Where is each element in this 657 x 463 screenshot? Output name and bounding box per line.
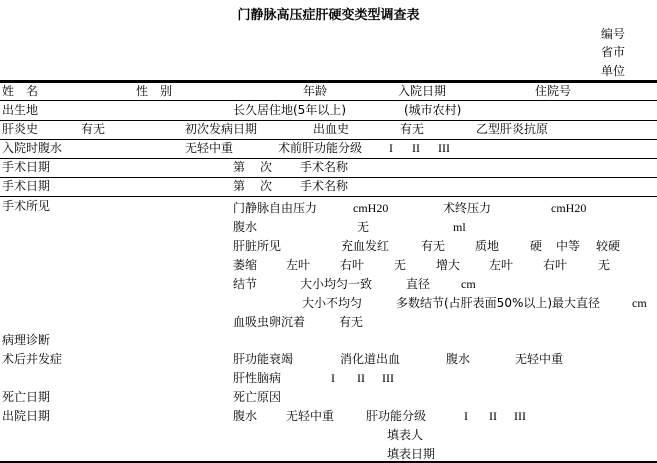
row-divider [0, 120, 657, 121]
discharge-liver-grade: 肝功能分级 [366, 409, 426, 423]
serial-label: 编号 [601, 27, 625, 41]
surgery-times: 次 [260, 179, 272, 193]
surgery-date-label: 手术日期 [2, 160, 50, 174]
bleeding-yn: 有无 [400, 122, 424, 136]
texture-medium: 中等 [556, 239, 580, 253]
ascites-none: 无 [357, 220, 369, 234]
encephalopathy-label: 肝性脑病 [233, 371, 281, 385]
grade-1: I [331, 371, 335, 385]
comp-ascites-label: 腹水 [446, 352, 470, 366]
atrophy-left: 左叶 [286, 258, 310, 272]
grade-1: I [389, 141, 393, 155]
nonuniform-label: 大小不均匀 [302, 296, 362, 310]
grade-1: I [464, 409, 468, 423]
ascites-severity: 无轻中重 [185, 141, 233, 155]
unit-label: 单位 [601, 64, 625, 78]
complications-label: 术后并发症 [2, 352, 62, 366]
preop-liver-label: 术前肝功能分级 [278, 141, 362, 155]
surgery-name-label: 手术名称 [300, 160, 348, 174]
nodule-label: 结节 [233, 277, 257, 291]
atrophy-label: 萎缩 [233, 258, 257, 272]
grade-2: II [357, 371, 365, 385]
death-date-label: 死亡日期 [2, 390, 50, 404]
ascites-label: 腹水 [233, 220, 257, 234]
discharge-ascites-label: 腹水 [233, 409, 257, 423]
texture-hard: 硬 [530, 239, 542, 253]
surgery-nth: 第 [233, 179, 245, 193]
top-rule [0, 80, 657, 83]
surgery-nth: 第 [233, 160, 245, 174]
sex-label: 性 别 [136, 84, 172, 98]
atrophy-none: 无 [394, 258, 406, 272]
pressure-unit: cmH20 [551, 201, 586, 215]
first-onset-label: 初次发病日期 [185, 122, 257, 136]
row-divider [0, 139, 657, 140]
schisto-label: 血吸虫卵沉着 [233, 315, 305, 329]
congestion-label: 充血发红 [341, 239, 389, 253]
comp-severity: 无轻中重 [515, 352, 563, 366]
discharge-severity: 无轻中重 [286, 409, 334, 423]
grade-2: II [489, 409, 497, 423]
hbv-label: 乙型肝炎抗原 [476, 122, 548, 136]
atrophy-right: 右叶 [340, 258, 364, 272]
surgery-date-label: 手术日期 [2, 179, 50, 193]
surgery-times: 次 [260, 160, 272, 174]
uniform-label: 大小均匀一致 [300, 277, 372, 291]
residence-label: 长久居住地(5年以上) [233, 103, 346, 117]
enlarge-left: 左叶 [489, 258, 513, 272]
gi-bleed-label: 消化道出血 [340, 352, 400, 366]
age-label: 年龄 [303, 84, 327, 98]
schisto-yn: 有无 [339, 315, 363, 329]
urban-rural-label: (城市农村) [404, 103, 461, 117]
cm-unit: cm [461, 277, 476, 291]
enlarge-none: 无 [598, 258, 610, 272]
death-cause-label: 死亡原因 [233, 390, 281, 404]
liver-seen-label: 肝脏所见 [233, 239, 281, 253]
texture-label: 质地 [475, 239, 499, 253]
findings-label: 手术所见 [2, 199, 50, 213]
surgery-name-label: 手术名称 [300, 179, 348, 193]
birthplace-label: 出生地 [2, 103, 38, 117]
bleeding-label: 出血史 [313, 122, 349, 136]
end-pressure-label: 术终压力 [443, 201, 491, 215]
grade-3: III [382, 371, 394, 385]
admit-date-label: 入院日期 [398, 84, 446, 98]
pathology-label: 病理诊断 [2, 333, 50, 347]
texture-softer: 较硬 [596, 239, 620, 253]
row-divider [0, 177, 657, 178]
liver-failure-label: 肝功能衰竭 [233, 352, 293, 366]
cm-unit: cm [632, 296, 647, 310]
form-title: 门静脉高压症肝硬变类型调查表 [0, 4, 657, 23]
ascites-admit-label: 入院时腹水 [2, 141, 62, 155]
hosp-no-label: 住院号 [535, 84, 571, 98]
hepatitis-yn: 有无 [81, 122, 105, 136]
pressure-unit: cmH20 [353, 201, 388, 215]
congestion-yn: 有无 [421, 239, 445, 253]
grade-2: II [412, 141, 420, 155]
filler-person-label: 填表人 [387, 428, 423, 442]
name-label: 姓 名 [2, 84, 38, 98]
multi-nodule-label: 多数结节(占肝表面50%以上)最大直径 [396, 296, 600, 310]
row-divider [0, 100, 657, 101]
row-divider [0, 158, 657, 159]
enlarge-label: 增大 [436, 258, 460, 272]
portal-pressure-label: 门静脉自由压力 [233, 201, 317, 215]
grade-3: III [438, 141, 450, 155]
enlarge-right: 右叶 [543, 258, 567, 272]
province-label: 省市 [601, 45, 625, 59]
row-divider [0, 196, 657, 197]
filler-date-label: 填表日期 [387, 447, 435, 461]
discharge-date-label: 出院日期 [2, 409, 50, 423]
hepatitis-label: 肝炎史 [2, 122, 38, 136]
diameter-label: 直径 [406, 277, 430, 291]
ml-unit: ml [453, 220, 466, 234]
grade-3: III [514, 409, 526, 423]
